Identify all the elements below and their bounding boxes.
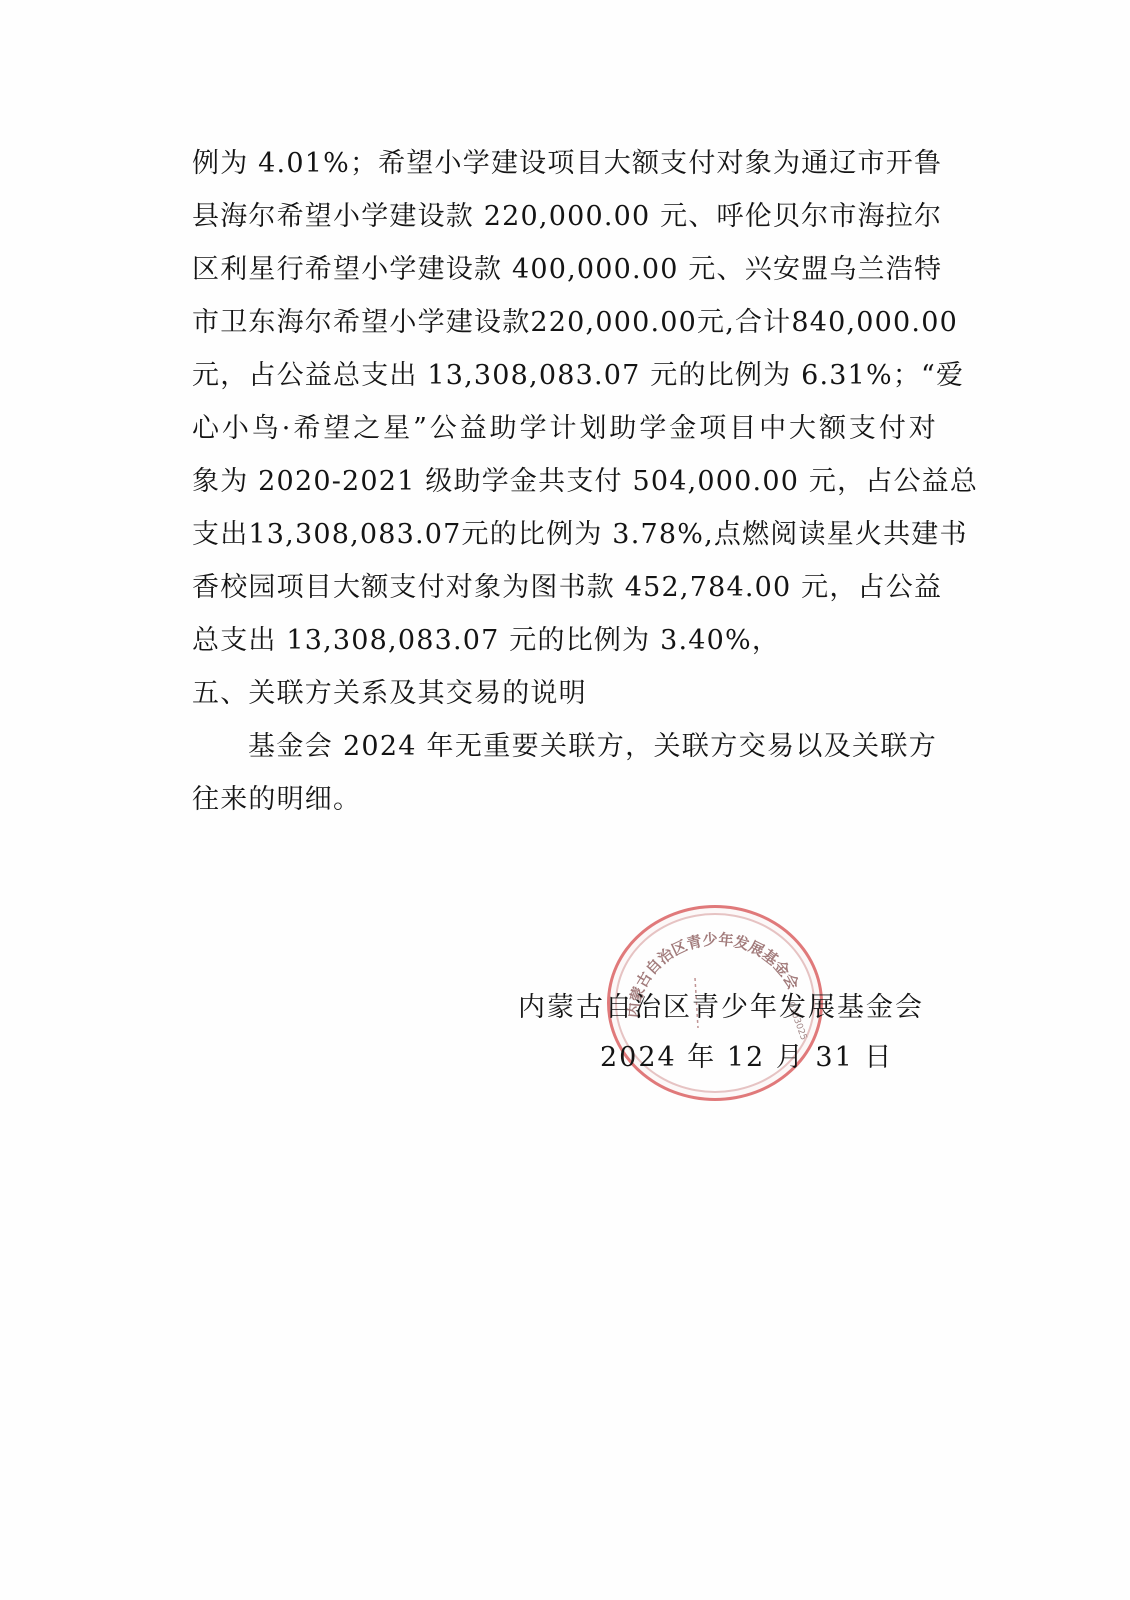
signature-block: 内蒙古自治区青少年发展基金会 2024 年 12 月 31 日 xyxy=(518,983,938,1083)
section-body-line: 基金会 2024 年无重要关联方，关联方交易以及关联方 xyxy=(192,720,937,773)
document-page: 例为 4.01%；希望小学建设项目大额支付对象为通辽市开鲁 县海尔希望小学建设款… xyxy=(0,0,1130,1600)
signature-date: 2024 年 12 月 31 日 xyxy=(518,1033,938,1083)
section-body-line: 往来的明细。 xyxy=(192,773,937,826)
section-heading: 五、关联方关系及其交易的说明 xyxy=(192,667,937,720)
paragraph-line: 心小鸟·希望之星”公益助学计划助学金项目中大额支付对 xyxy=(192,402,937,455)
paragraph-line: 总支出 13,308,083.07 元的比例为 3.40%， xyxy=(192,614,937,667)
paragraph-line: 县海尔希望小学建设款 220,000.00 元、呼伦贝尔市海拉尔 xyxy=(192,190,937,243)
paragraph-line: 区利星行希望小学建设款 400,000.00 元、兴安盟乌兰浩特 xyxy=(192,243,937,296)
paragraph-line: 支出13,308,083.07元的比例为 3.78%,点燃阅读星火共建书 xyxy=(192,508,937,561)
paragraph-line: 象为 2020-2021 级助学金共支付 504,000.00 元，占公益总 xyxy=(192,455,937,508)
paragraph-line: 例为 4.01%；希望小学建设项目大额支付对象为通辽市开鲁 xyxy=(192,137,937,190)
paragraph-line: 元，占公益总支出 13,308,083.07 元的比例为 6.31%；“爱 xyxy=(192,349,937,402)
paragraph-line: 市卫东海尔希望小学建设款220,000.00元,合计840,000.00 xyxy=(192,296,937,349)
signature-organization: 内蒙古自治区青少年发展基金会 xyxy=(518,983,938,1033)
document-body: 例为 4.01%；希望小学建设项目大额支付对象为通辽市开鲁 县海尔希望小学建设款… xyxy=(192,137,937,826)
paragraph-line: 香校园项目大额支付对象为图书款 452,784.00 元，占公益 xyxy=(192,561,937,614)
